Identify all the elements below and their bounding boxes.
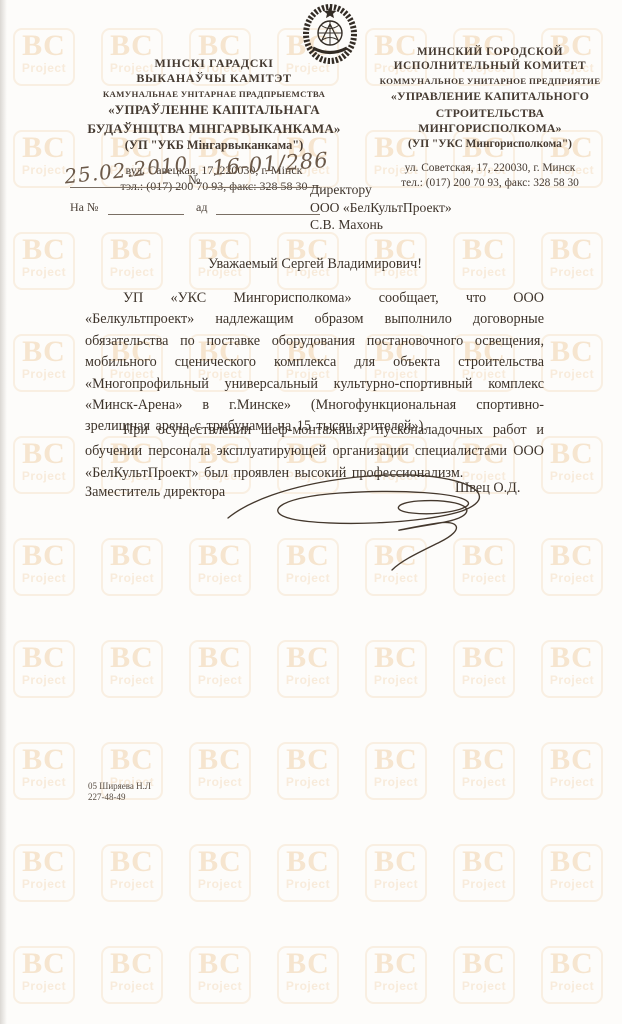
org-name-line: МИНСКИЙ ГОРОДСКОЙ — [366, 45, 614, 59]
reply-date-blank-line — [216, 214, 320, 215]
letter-page: BCProjectBCProjectBCProjectBCProjectBCPr… — [0, 0, 622, 1024]
number-sign-label: № — [188, 172, 200, 188]
executor-phone: 227-48-49 — [88, 792, 151, 803]
org-name-line: МІНСКІ ГАРАДСКІ — [60, 56, 368, 71]
letter-content: МІНСКІ ГАРАДСКІ ВЫКАНАЎЧЫ КАМІТЭТ КАМУНА… — [0, 0, 622, 1024]
reply-number-blank-line — [108, 214, 184, 215]
org-type-line: КОММУНАЛЬНОЕ УНИТАРНОЕ ПРЕДПРИЯТИЕ — [366, 76, 614, 87]
org-short-name: (УП "УКС Мингорисполкома") — [366, 137, 614, 152]
salutation: Уважаемый Сергей Владимирович! — [85, 256, 545, 273]
org-title-line: СТРОИТЕЛЬСТВА МИНГОРИСПОЛКОМА» — [366, 106, 614, 136]
executor-note: 05 Ширяева Н.Л 227-48-49 — [88, 781, 151, 803]
addressee-block: Директору ООО «БелКультПроект» С.В. Махо… — [310, 181, 452, 234]
org-type-line: КАМУНАЛЬНАЕ УНІТАРНАЕ ПРАДПРЫЕМСТВА — [60, 89, 368, 100]
addressee-company: ООО «БелКультПроект» — [310, 199, 452, 217]
org-title-line: «УПРАВЛЕНИЕ КАПИТАЛЬНОГО — [366, 89, 614, 104]
executor-name: 05 Ширяева Н.Л — [88, 781, 151, 792]
org-title-line: БУДАЎНІЦТВА МІНГАРВЫКАНКАМА» — [60, 121, 368, 138]
number-blank-line — [206, 187, 320, 188]
body-paragraph: УП «УКС Мингорисполкома» сообщает, что О… — [85, 288, 544, 438]
belarus-coat-of-arms-icon — [299, 2, 361, 64]
org-title-line: «УПРАЎЛЕННЕ КАПІТАЛЬНАГА — [60, 102, 368, 119]
org-name-line: ВЫКАНАЎЧЫ КАМІТЭТ — [60, 71, 368, 86]
addressee-position: Директору — [310, 181, 452, 199]
addressee-name: С.В. Махонь — [310, 216, 452, 234]
reply-to-number-label: На № — [70, 200, 98, 215]
reply-from-label: ад — [196, 200, 207, 215]
date-blank-line — [70, 187, 182, 188]
signature-scribble — [222, 466, 512, 584]
org-address: ул. Советская, 17, 220030, г. Минск — [366, 161, 614, 176]
org-name-line: ИСПОЛНИТЕЛЬНЫЙ КОМИТЕТ — [366, 59, 614, 73]
signer-position: Заместитель директора — [85, 484, 225, 501]
letterhead-russian: МИНСКИЙ ГОРОДСКОЙ ИСПОЛНИТЕЛЬНЫЙ КОМИТЕТ… — [366, 45, 614, 192]
